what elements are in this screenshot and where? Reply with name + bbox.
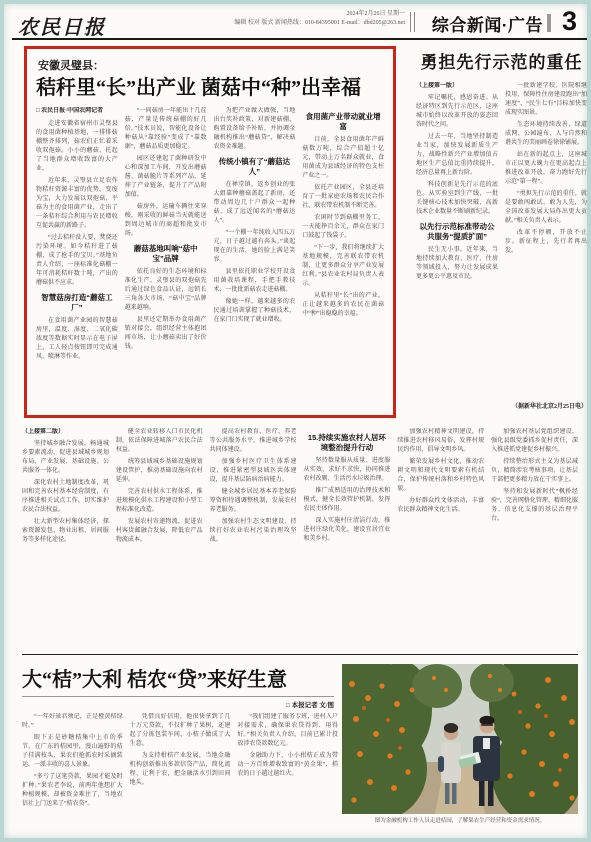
text-column: （上接第一版）牢记嘱托，感恩奋进。从经济特区到先行示范区，这座城市始终以改革开放… bbox=[416, 82, 498, 400]
text-column: “一间菇房一年能出十几茬菇，产量是传统菇棚的好几倍。”技术员说，智能化设备让种菇… bbox=[125, 107, 207, 403]
body-paragraph: 在禅堂镇，返乡创业的张大姐靠种蘑菇盖起了新房，还带动周边几十户群众一起种菇，成了… bbox=[214, 181, 296, 226]
body-paragraph: 加强乡村医疗卫生体系建设，推进紧密型县域医共体建设，提升基层防病治病能力。 bbox=[210, 458, 297, 485]
body-paragraph: 生态环境持续改善，绿道成网、公园遍布，人与自然和谐共生的美丽画卷徐徐铺展。 bbox=[505, 121, 587, 148]
wire-credit: （据新华社北京2月25日电） bbox=[416, 403, 587, 412]
text-column: 提高农村教育、医疗、养老等公共服务水平，推进城乡学校共同体建设。加强乡村医疗卫生… bbox=[210, 428, 297, 646]
body-paragraph: 目前，全县食用菌年产鲜菇数万吨，综合产值超十亿元，带动上万名群众就业，食用菌成为… bbox=[302, 136, 384, 181]
body-paragraph: 依托良好的生态环境和标准化生产，灵璧县的双孢菇先后通过绿色食品认证，远销长三角各… bbox=[125, 268, 207, 313]
page-header: 农民日报 2024年2月26日 星期一 编辑 校对 版式 新闻热线：010-84… bbox=[14, 9, 585, 37]
text-column: 15.持续实施农村人居环境整治提升行动坚持数量服从质量、进度服从实效，求好不求快… bbox=[303, 428, 390, 646]
subheadline: 传统小镇有了“蘑菇达人” bbox=[216, 157, 294, 177]
body-paragraph: 坚持数量服从质量、进度服从实效，求好不求快，协同推进农村改厕、生活污水垃圾治理。 bbox=[303, 457, 390, 484]
subheadline: 食用菌产业带动就业增富 bbox=[304, 112, 382, 132]
page-number: 3 bbox=[562, 6, 577, 37]
right-article-columns: （上接第一版）牢记嘱托，感恩奋进。从经济特区到先行示范区，这座城市始终以改革开放… bbox=[416, 82, 587, 400]
page-frame: 农民日报 2024年2月26日 星期一 编辑 校对 版式 新闻热线：010-84… bbox=[0, 0, 591, 842]
body-paragraph: 坚持和发展新时代“枫桥经验”，完善网格化管理、精细化服务、信息化支撑的基层治理平… bbox=[491, 488, 578, 524]
text-column: □ 农民日报·中国农网记者走进安徽省宿州市灵璧县的食用菌种植基地，一排排菇棚整齐… bbox=[36, 107, 118, 403]
body-paragraph: 依托产业园区，全县还培育了一批家庭农场和农民合作社，联农带农机制不断完善。 bbox=[302, 184, 384, 211]
orchard-photo: 图为金融机构工作人员走进桔园，了解果农生产经营和资金需求情况。 bbox=[342, 664, 578, 825]
text-column: 一批新建学校、医院相继投用，保障性住房建设跑出“加速度”，“民生七有”目标加快变… bbox=[505, 82, 587, 400]
body-paragraph: 推广成熟适用的治理技术和模式，健全长效管护机制，发挥农民主体作用。 bbox=[303, 487, 390, 514]
body-paragraph: “过去秸秆没人要，焚烧还污染环境。如今秸秆进了菇棚，成了抢手的宝贝。”基地负责人… bbox=[36, 234, 118, 288]
text-column: 加强农村精神文明建设，持续推进农村移风易俗，发挥村规民约作用，倡导文明乡风。繁荣… bbox=[397, 428, 484, 646]
masthead-logo: 农民日报 bbox=[18, 11, 106, 40]
text-column: 凭借良好信用，他很快拿到了几十万元贷款，不仅扩种了果树，还建起了分拣包装车间，小… bbox=[130, 713, 231, 835]
body-paragraph: 牢记嘱托，感恩奋进。从经济特区到先行示范区，这座城市始终以改革开放的姿态回答时代… bbox=[416, 94, 498, 130]
body-paragraph: （上接第一版） bbox=[416, 82, 498, 91]
body-paragraph: 完善农村供水工程体系，推进规模化供水工程建设和小型工程标准化改造。 bbox=[116, 488, 203, 515]
editor-info-line: 编辑 校对 版式 新闻热线：010-84395001 E-mail：dbd205… bbox=[165, 19, 405, 28]
body-paragraph: 健全农业转移人口市民化机制，依法保障进城落户农民合法权益。 bbox=[116, 428, 203, 455]
subheadline: 以先行示范标准带动公共服务“提质扩面” bbox=[418, 222, 496, 242]
boxed-article-columns: □ 农民日报·中国农网记者走进安徽省宿州市灵璧县的食用菌种植基地，一排排菇棚整齐… bbox=[36, 107, 384, 403]
body-paragraph: 走进安徽省宿州市灵璧县的食用菌种植基地，一排排菇棚整齐排列，菇农们正忙着采收双孢… bbox=[36, 120, 118, 174]
body-paragraph: 站在新的起点上，这座城市正以更大魄力在更高起点上推进改革开放，奋力跑好先行示范“… bbox=[505, 151, 587, 187]
body-paragraph: “我们组建了服务专班，进村入户对接需求，确保果农贷得到、用得好。”相关负责人介绍… bbox=[237, 713, 338, 749]
body-paragraph: 改革不停顿，开放不止步。新征程上，先行者再出发。 bbox=[505, 229, 587, 256]
body-paragraph: 金融助力下，小小柑桔正成为带动一方百姓增收致富的“黄金果”，桔农的日子越过越红火… bbox=[237, 752, 338, 779]
body-paragraph: 提高农村教育、医疗、养老等公共服务水平，推进城乡学校共同体建设。 bbox=[210, 428, 297, 455]
body-paragraph: 民生无小事。近年来，当地持续加大教育、医疗、住房等领域投入，努力让发展成果更多更… bbox=[416, 246, 498, 282]
article-tangerine: 大“桔”大利 桔农“贷”来好生意 □ 本报记者 文/图 “一年好景君须记，正是橙… bbox=[22, 661, 338, 833]
article-continuation: （上接第二版）坚持城乡融合发展，畅通城乡要素流动，促进县域城乡规划布局、产业发展… bbox=[22, 428, 578, 646]
body-paragraph: 县里依托职业学校开设食用菌栽培课程，手把手教技术，一批批新菇农走进菇棚。 bbox=[214, 268, 296, 295]
text-column: （上接第二版）坚持城乡融合发展，畅通城乡要素流动，促进县域城乡规划布局、产业发展… bbox=[22, 428, 109, 646]
text-column: “我们组建了服务专班，进村入户对接需求，确保果农贷得到、用得好。”相关负责人介绍… bbox=[237, 713, 338, 835]
text-column: 食用菌产业带动就业增富目前，全县食用菌年产鲜菇数万吨，综合产值超十亿元，带动上万… bbox=[302, 107, 384, 403]
body-paragraph: 为支持柑桔产业发展，当地金融机构创新推出多款信贷产品，简化流程、让利于农，把金融… bbox=[130, 752, 231, 788]
subheadline: 智慧菇房打造“蘑菇工厂” bbox=[38, 293, 116, 313]
body-paragraph: 近年来，灵璧县立足农作物秸秆资源丰富的优势，变废为宝，大力发展以双孢菇、平菇为主… bbox=[36, 177, 118, 231]
tangerine-byline: □ 本报记者 文/图 bbox=[22, 696, 334, 709]
tangerine-columns: “一年好景君须记，正是橙黄桔绿时。”眼下正是砂糖桔集中上市的季节，在广东的桔园里… bbox=[22, 713, 338, 835]
subheadline: 蘑菇基地叫响“菇中宝”品牌 bbox=[127, 244, 205, 264]
byline: □ 农民日报·中国农网记者 bbox=[36, 107, 118, 116]
body-paragraph: 办好群众性文体活动，丰富农民群众精神文化生活。 bbox=[397, 497, 484, 515]
article-mushroom-boxed: 安徽灵璧县： 秸秆里“长”出产业 菌菇中“种”出幸福 □ 农民日报·中国农网记者… bbox=[24, 46, 396, 418]
section-title: 综合新闻·广告 bbox=[432, 11, 543, 36]
body-paragraph: 统筹县域城乡基础设施规划建设管护，推动基础设施向农村延伸。 bbox=[116, 458, 203, 485]
body-paragraph: “一个棚一年纯收入四五万元，日子越过越有奔头。”谈起现在的生活，她的脸上满是笑容… bbox=[214, 229, 296, 265]
body-paragraph: 像她一样，越来越多的农民通过培训掌握了种菇技术，在家门口实现了就业增收。 bbox=[214, 298, 296, 325]
date-line: 2024年2月26日 星期一 bbox=[165, 10, 405, 19]
body-paragraph: 凭借良好信用，他很快拿到了几十万元贷款，不仅扩种了果树，还建起了分拣包装车间，小… bbox=[130, 713, 231, 749]
text-column: “一年好景君须记，正是橙黄桔绿时。”眼下正是砂糖桔集中上市的季节，在广东的桔园里… bbox=[22, 713, 123, 835]
body-paragraph: “多亏了这笔贷款，果园才能及时扩种。”果农老李说，前两年他想扩大种植规模，却被资… bbox=[22, 773, 123, 809]
header-meta: 2024年2月26日 星期一 编辑 校对 版式 新闻热线：010-8439500… bbox=[165, 10, 405, 28]
body-paragraph: 深化农村土地制度改革，巩固和完善农村基本经营制度，有序推进相关试点工作，切实维护… bbox=[22, 479, 109, 515]
body-paragraph: 持续整治形式主义为基层减负，精简涉农考核事项，让基层干部把更多精力放在干实事上。 bbox=[491, 458, 578, 485]
body-paragraph: 加强农村生态文明建设，持续打好农业农村污染治理攻坚战。 bbox=[210, 518, 297, 545]
body-paragraph: 为把产业做大做强，当地出台奖补政策，对新建菇棚、购置设备给予补贴，并协调金融机构… bbox=[214, 107, 296, 152]
header-rule bbox=[12, 38, 587, 40]
body-paragraph: 坚持城乡融合发展，畅通城乡要素流动，促进县域城乡规划布局、产业发展、基础设施、公… bbox=[22, 440, 109, 476]
body-paragraph: “下一步，我们将继续扩大基地规模，完善联农带农机制，让更多群众分享产业发展红利。… bbox=[302, 244, 384, 289]
body-paragraph: 壮大新型农村集体经济，探索资源发包、物业出租、居间服务等多样化途径。 bbox=[22, 518, 109, 545]
article-headline-tangerine: 大“桔”大利 桔农“贷”来好生意 bbox=[22, 663, 338, 692]
body-paragraph: 园区还建起了菌种研发中心和深加工车间，开发出蘑菇酱、菌菇脆片等系列产品，延伸了产… bbox=[125, 155, 207, 200]
body-paragraph: “一年好景君须记，正是橙黄桔绿时。” bbox=[22, 713, 123, 731]
body-paragraph: 繁荣发展乡村文化，推动农耕文明和现代文明要素有机结合，保护传统村落和乡村特色风貌… bbox=[397, 458, 484, 494]
continuation-columns: （上接第二版）坚持城乡融合发展，畅通城乡要素流动，促进县域城乡规划布局、产业发展… bbox=[22, 428, 578, 646]
text-column: 为把产业做大做强，当地出台奖补政策，对新建菇棚、购置设备给予补贴，并协调金融机构… bbox=[214, 107, 296, 403]
body-paragraph: “勇担先行示范的重任，就是要敢闯敢试、敢为人先，为全国改革发展大局作出更大贡献。… bbox=[505, 190, 587, 226]
photo-caption: 图为金融机构工作人员走进桔园，了解果农生产经营和资金需求情况。 bbox=[342, 817, 578, 825]
article-demonstration: 勇担先行示范的重任 （上接第一版）牢记嘱托，感恩奋进。从经济特区到先行示范区，这… bbox=[416, 44, 587, 418]
body-paragraph: “一间菇房一年能出十几茬菇，产量是传统菇棚的好几倍。”技术员说，智能化设备让种菇… bbox=[125, 107, 207, 152]
body-paragraph: 县里还定期举办食用菌产销对接会，组织经营主体抱团闯市场，让小蘑菇卖出了好价钱。 bbox=[125, 316, 207, 352]
body-paragraph: 科技创新是先行示范的底色。从实验室到生产线，一批关键核心技术加快突破，高新技术企… bbox=[416, 181, 498, 217]
article-kicker: 安徽灵璧县： bbox=[38, 57, 384, 73]
body-paragraph: 发展农村寄递物流，促进农村客货邮融合发展，降低农产品物流成本。 bbox=[116, 518, 203, 545]
orchard-photo-illustration bbox=[342, 664, 578, 814]
page-number-bar bbox=[547, 14, 551, 32]
body-paragraph: 从秸秆里“长”出的产业，正让越来越多的农民在菌菇中“种”出稳稳的幸福。 bbox=[302, 292, 384, 319]
body-paragraph: 在食用菌产业园的智慧菇房里，温度、湿度、二氧化碳浓度等数据实时显示在电子屏上，工… bbox=[36, 317, 118, 362]
body-paragraph: 健全城乡居民基本养老保险筹资和待遇调整机制，发展农村养老服务。 bbox=[210, 488, 297, 515]
body-paragraph: 加强农村基层党组织建设，强化县级党委抓乡促村责任，深入推进抓党建促乡村振兴。 bbox=[491, 428, 578, 455]
subheadline: 15.持续实施农村人居环境整治提升行动 bbox=[305, 433, 388, 453]
body-paragraph: 菇房外，运输车辆往来穿梭，刚采收的鲜菇当天就能送到周边城市的商超和批发市场。 bbox=[125, 203, 207, 239]
body-paragraph: （上接第二版） bbox=[22, 428, 109, 437]
header-separator bbox=[410, 12, 415, 32]
body-paragraph: 过去一年，当地坚持制造业当家，加快发展新质生产力，战略性新兴产业增加值占地区生产… bbox=[416, 133, 498, 178]
newspaper-page: 农民日报 2024年2月26日 星期一 编辑 校对 版式 新闻热线：010-84… bbox=[4, 4, 587, 838]
body-paragraph: 深入实施村庄清洁行动，推进村庄绿化美化，建设宜居宜业和美乡村。 bbox=[303, 517, 390, 544]
article-headline-demonstration: 勇担先行示范的重任 bbox=[416, 48, 587, 73]
bottom-section-rule bbox=[22, 654, 578, 655]
body-paragraph: 一批新建学校、医院相继投用，保障性住房建设跑出“加速度”，“民生七有”目标加快变… bbox=[505, 82, 587, 118]
text-column: 加强农村基层党组织建设，强化县级党委抓乡促村责任，深入推进抓党建促乡村振兴。持续… bbox=[491, 428, 578, 646]
body-paragraph: 眼下正是砂糖桔集中上市的季节，在广东的桔园里，漫山遍野的桔子挂满枝头，果农们抢抓… bbox=[22, 734, 123, 770]
text-column: 健全农业转移人口市民化机制，依法保障进城落户农民合法权益。统筹县域城乡基础设施规… bbox=[116, 428, 203, 646]
body-paragraph: 加强农村精神文明建设，持续推进农村移风易俗，发挥村规民约作用，倡导文明乡风。 bbox=[397, 428, 484, 455]
body-paragraph: 农闲时节到菇棚里务工，一天能挣百余元，群众在家门口鼓起了钱袋子。 bbox=[302, 214, 384, 241]
article-headline-mushroom: 秸秆里“长”出产业 菌菇中“种”出幸福 bbox=[36, 76, 384, 100]
